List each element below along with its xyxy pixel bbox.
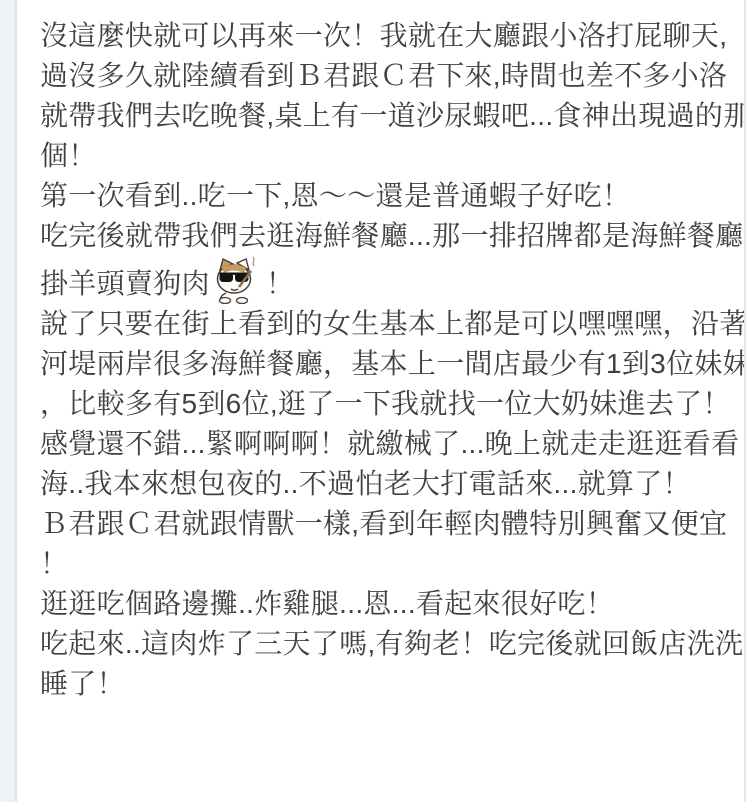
post-line: ，比較多有5到6位,逛了一下我就找一位大奶妹進去了！ [40, 384, 744, 424]
post-line: 海..我本來想包夜的..不過怕老大打電話來...就算了！ [40, 464, 744, 504]
post-text-block: 沒這麼快就可以再來一次！我就在大廳跟小洛打屁聊天, 過沒多久就陸續看到Ｂ君跟Ｃ君… [17, 0, 744, 802]
post-line: Ｂ君跟Ｃ君就跟情獸一樣,看到年輕肉體特別興奮又便宜 [40, 504, 744, 544]
post-line: 河堤兩岸很多海鮮餐廳，基本上一間店最少有1到3位妹妹 [40, 344, 744, 384]
post-line: 感覺還不錯...緊啊啊啊！就繳械了...晚上就走走逛逛看看 [40, 424, 744, 464]
post-line: 吃完後就帶我們去逛海鮮餐廳...那一排招牌都是海鮮餐廳 [40, 216, 744, 256]
post-line: 過沒多久就陸續看到Ｂ君跟Ｃ君下來,時間也差不多小洛 [40, 56, 744, 96]
sticker-line-text-before: 掛羊頭賣狗肉 [40, 268, 210, 299]
post-line: 沒這麼快就可以再來一次！我就在大廳跟小洛打屁聊天, [40, 16, 744, 56]
post-line: 逛逛吃個路邊攤..炸雞腿...恩...看起來很好吃！ [40, 584, 744, 624]
post-line: 睡了！ [40, 664, 744, 704]
post-line: 吃起來..這肉炸了三天了嗎,有夠老！吃完後就回飯店洗洗 [40, 624, 744, 664]
post-page: 沒這麼快就可以再來一次！我就在大廳跟小洛打屁聊天, 過沒多久就陸續看到Ｂ君跟Ｃ君… [0, 0, 750, 802]
post-line: 個！ [40, 136, 744, 176]
left-gutter-strip [0, 0, 17, 802]
post-line: 就帶我們去吃晚餐,桌上有一道沙尿蝦吧...食神出現過的那 [40, 96, 744, 136]
post-line: ！ [40, 544, 744, 584]
post-line: 說了只要在街上看到的女生基本上都是可以嘿嘿嘿，沿著 [40, 304, 744, 344]
post-line: 第一次看到..吃一下,恩～～還是普通蝦子好吃！ [40, 176, 744, 216]
sticker-line-text-after: ！ [266, 268, 294, 299]
post-line-with-sticker: 掛羊頭賣狗肉 ！ [40, 256, 744, 304]
right-content-border [744, 0, 746, 802]
smoking-cat-sunglasses-sticker-icon [212, 256, 264, 304]
